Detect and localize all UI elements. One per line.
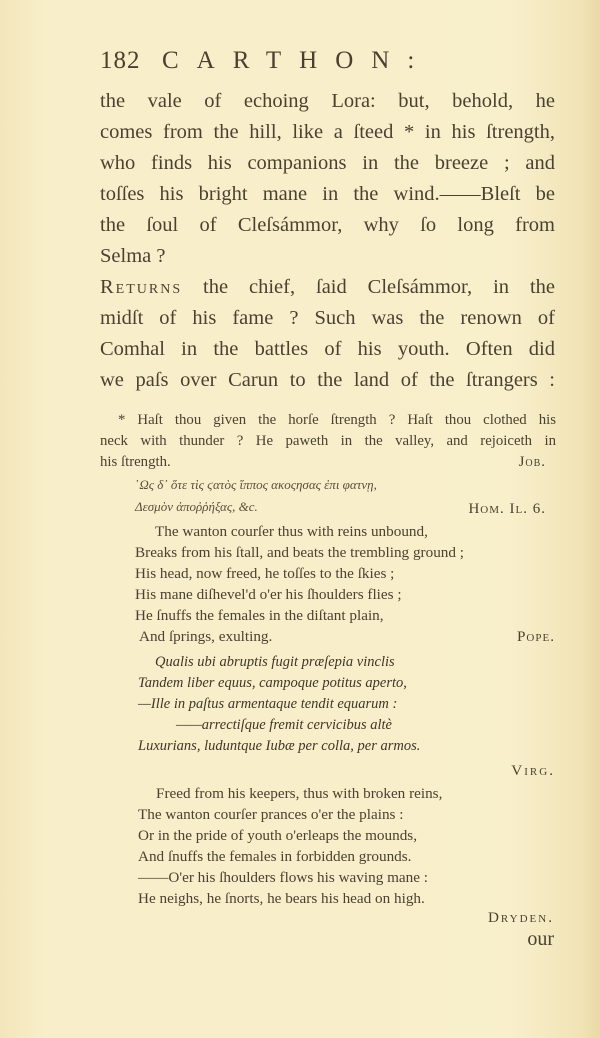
note-line: * Haſt thou given the horſe ſtrength ? H… — [100, 410, 556, 431]
book-page: 182CARTHON: the vale of echoing Lora: bu… — [0, 0, 600, 1038]
verse-line: Qualis ubi abruptis fugit præſepia vincl… — [138, 652, 420, 673]
body-line: the ſoul of Cleſsámmor, why ſo long from — [100, 210, 555, 241]
running-title: CARTHON: — [162, 47, 432, 74]
verse-line: Tandem liber equus, campoque potitus ape… — [138, 673, 420, 694]
attribution-virgil: Virg. — [511, 760, 555, 781]
verse-line: His mane diſhevel'd o'er his ſhoulders f… — [135, 584, 464, 605]
body-line: Returns the chief, ſaid Cleſsámmor, in t… — [100, 272, 555, 303]
virgil-verse: Qualis ubi abruptis fugit præſepia vincl… — [138, 652, 420, 757]
dryden-verse: Freed from his keepers, thus with broken… — [138, 783, 442, 909]
verse-line: Luxurians, luduntque Iubæ per colla, per… — [138, 736, 420, 757]
body-line: Comhal in the battles of his youth. Ofte… — [100, 334, 555, 365]
pope-verse: The wanton courſer thus with reins unbou… — [135, 521, 464, 647]
verse-line: And ſprings, exulting. — [135, 626, 464, 647]
body-paragraph-2: Returns the chief, ſaid Cleſsámmor, in t… — [100, 272, 555, 396]
body-line: comes from the hill, like a ſteed * in h… — [100, 117, 555, 148]
verse-line: Breaks from his ſtall, and beats the tre… — [135, 542, 464, 563]
attribution-job: Job. — [519, 452, 546, 473]
verse-line: The wanton courſer thus with reins unbou… — [135, 521, 464, 542]
verse-line: ——arrectiſque fremit cervicibus altè — [138, 715, 420, 736]
greek-line-1: ῾Ως δ᾽ ὅτε τὶς ϛατὸς ἵππος ακοςησας ἐπι … — [135, 477, 377, 493]
verse-line: —Ille in paſtus armentaque tendit equaru… — [138, 694, 420, 715]
attribution-pope: Pope. — [517, 626, 555, 647]
verse-line: He neighs, he ſnorts, he bears his head … — [138, 888, 442, 909]
verse-line: The wanton courſer prances o'er the plai… — [138, 804, 442, 825]
catchword: our — [527, 928, 554, 951]
body-line: Selma ? — [100, 241, 555, 272]
body-paragraph-1: the vale of echoing Lora: but, behold, h… — [100, 86, 555, 272]
note-line: his ſtrength.Job. — [100, 452, 556, 473]
verse-line: He ſnuffs the females in the diſtant pla… — [135, 605, 464, 626]
note-line: neck with thunder ? He paweth in the val… — [100, 431, 556, 452]
body-line: we paſs over Carun to the land of the ſt… — [100, 365, 555, 396]
body-line-text: the chief, ſaid Cleſsámmor, in the — [182, 276, 555, 298]
attribution-dryden: Dryden. — [488, 907, 554, 928]
attribution-homer: Hom. Il. 6. — [468, 499, 546, 520]
body-line: midſt of his fame ? Such was the renown … — [100, 303, 555, 334]
verse-line: His head, now freed, he toſſes to the ſk… — [135, 563, 464, 584]
verse-line: Freed from his keepers, thus with broken… — [138, 783, 442, 804]
verse-line: Or in the pride of youth o'erleaps the m… — [138, 825, 442, 846]
drop-word: Returns — [100, 276, 182, 298]
page-number: 182 — [100, 47, 162, 75]
note-line-text: his ſtrength. — [100, 454, 171, 470]
body-line: toſſes his bright mane in the wind.——Ble… — [100, 179, 555, 210]
body-line: who finds his companions in the breeze ;… — [100, 148, 555, 179]
verse-line: ——O'er his ſhoulders flows his waving ma… — [138, 867, 442, 888]
running-head: 182CARTHON: — [100, 47, 432, 75]
body-line: the vale of echoing Lora: but, behold, h… — [100, 86, 555, 117]
footnote-job: * Haſt thou given the horſe ſtrength ? H… — [100, 410, 556, 473]
verse-line: And ſnuffs the females in forbidden grou… — [138, 846, 442, 867]
greek-line-2: Δεσμὸν ἀποῤῥήξας, &c. — [135, 499, 258, 515]
